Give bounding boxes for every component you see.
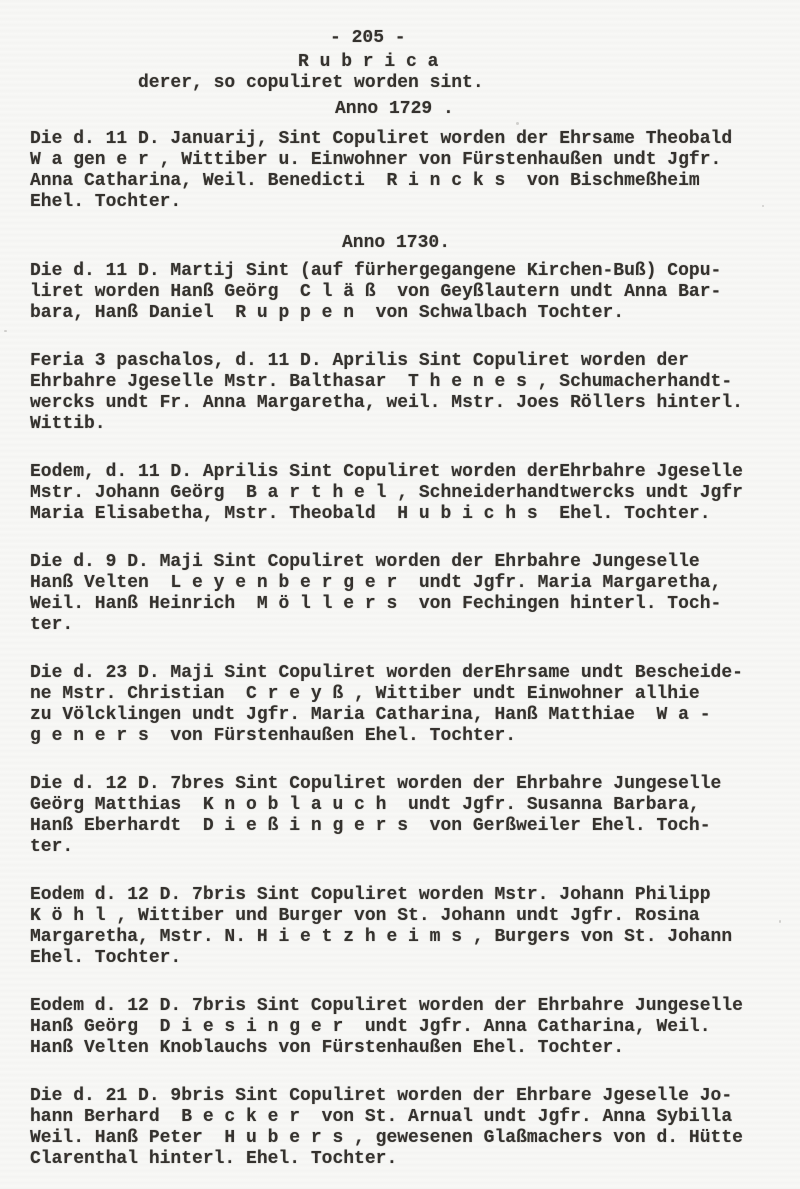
page-title: R u b r i c a: [298, 52, 780, 73]
record-1730-maji-creyss: Die d. 23 D. Maji Sint Copuliret worden …: [30, 663, 780, 747]
scan-speck: [762, 205, 764, 207]
record-1730-7bris-diesinger: Eodem d. 12 D. 7bris Sint Copuliret word…: [30, 996, 780, 1059]
scanned-register-page: - 205 - R u b r i c a derer, so copulire…: [0, 0, 800, 1189]
scan-speck: [779, 920, 781, 923]
scan-speck: [4, 330, 7, 332]
record-1730-7bris-koehl: Eodem d. 12 D. 7bris Sint Copuliret word…: [30, 885, 780, 969]
page-number: - 205 -: [330, 28, 780, 49]
record-1730-aprilis-barthel: Eodem, d. 11 D. Aprilis Sint Copuliret w…: [30, 462, 780, 525]
record-1729-january-wagener: Die d. 11 D. Januarij, Sint Copuliret wo…: [30, 129, 780, 213]
record-1730-maji-leyenberger: Die d. 9 D. Maji Sint Copuliret worden d…: [30, 552, 780, 636]
record-1730-9bris-becker: Die d. 21 D. 9bris Sint Copuliret worden…: [30, 1086, 780, 1170]
record-1730-martij-claess: Die d. 11 D. Martij Sint (auf fürhergega…: [30, 261, 780, 324]
section-heading-anno-1729: Anno 1729 .: [335, 99, 780, 120]
page-subtitle: derer, so copuliret worden sint.: [138, 73, 780, 94]
section-heading-anno-1730: Anno 1730.: [342, 233, 780, 254]
record-1730-aprilis-thenes: Feria 3 paschalos, d. 11 D. Aprilis Sint…: [30, 351, 780, 435]
record-1730-7bres-knoblauch: Die d. 12 D. 7bres Sint Copuliret worden…: [30, 774, 780, 858]
scan-speck: [516, 122, 519, 125]
